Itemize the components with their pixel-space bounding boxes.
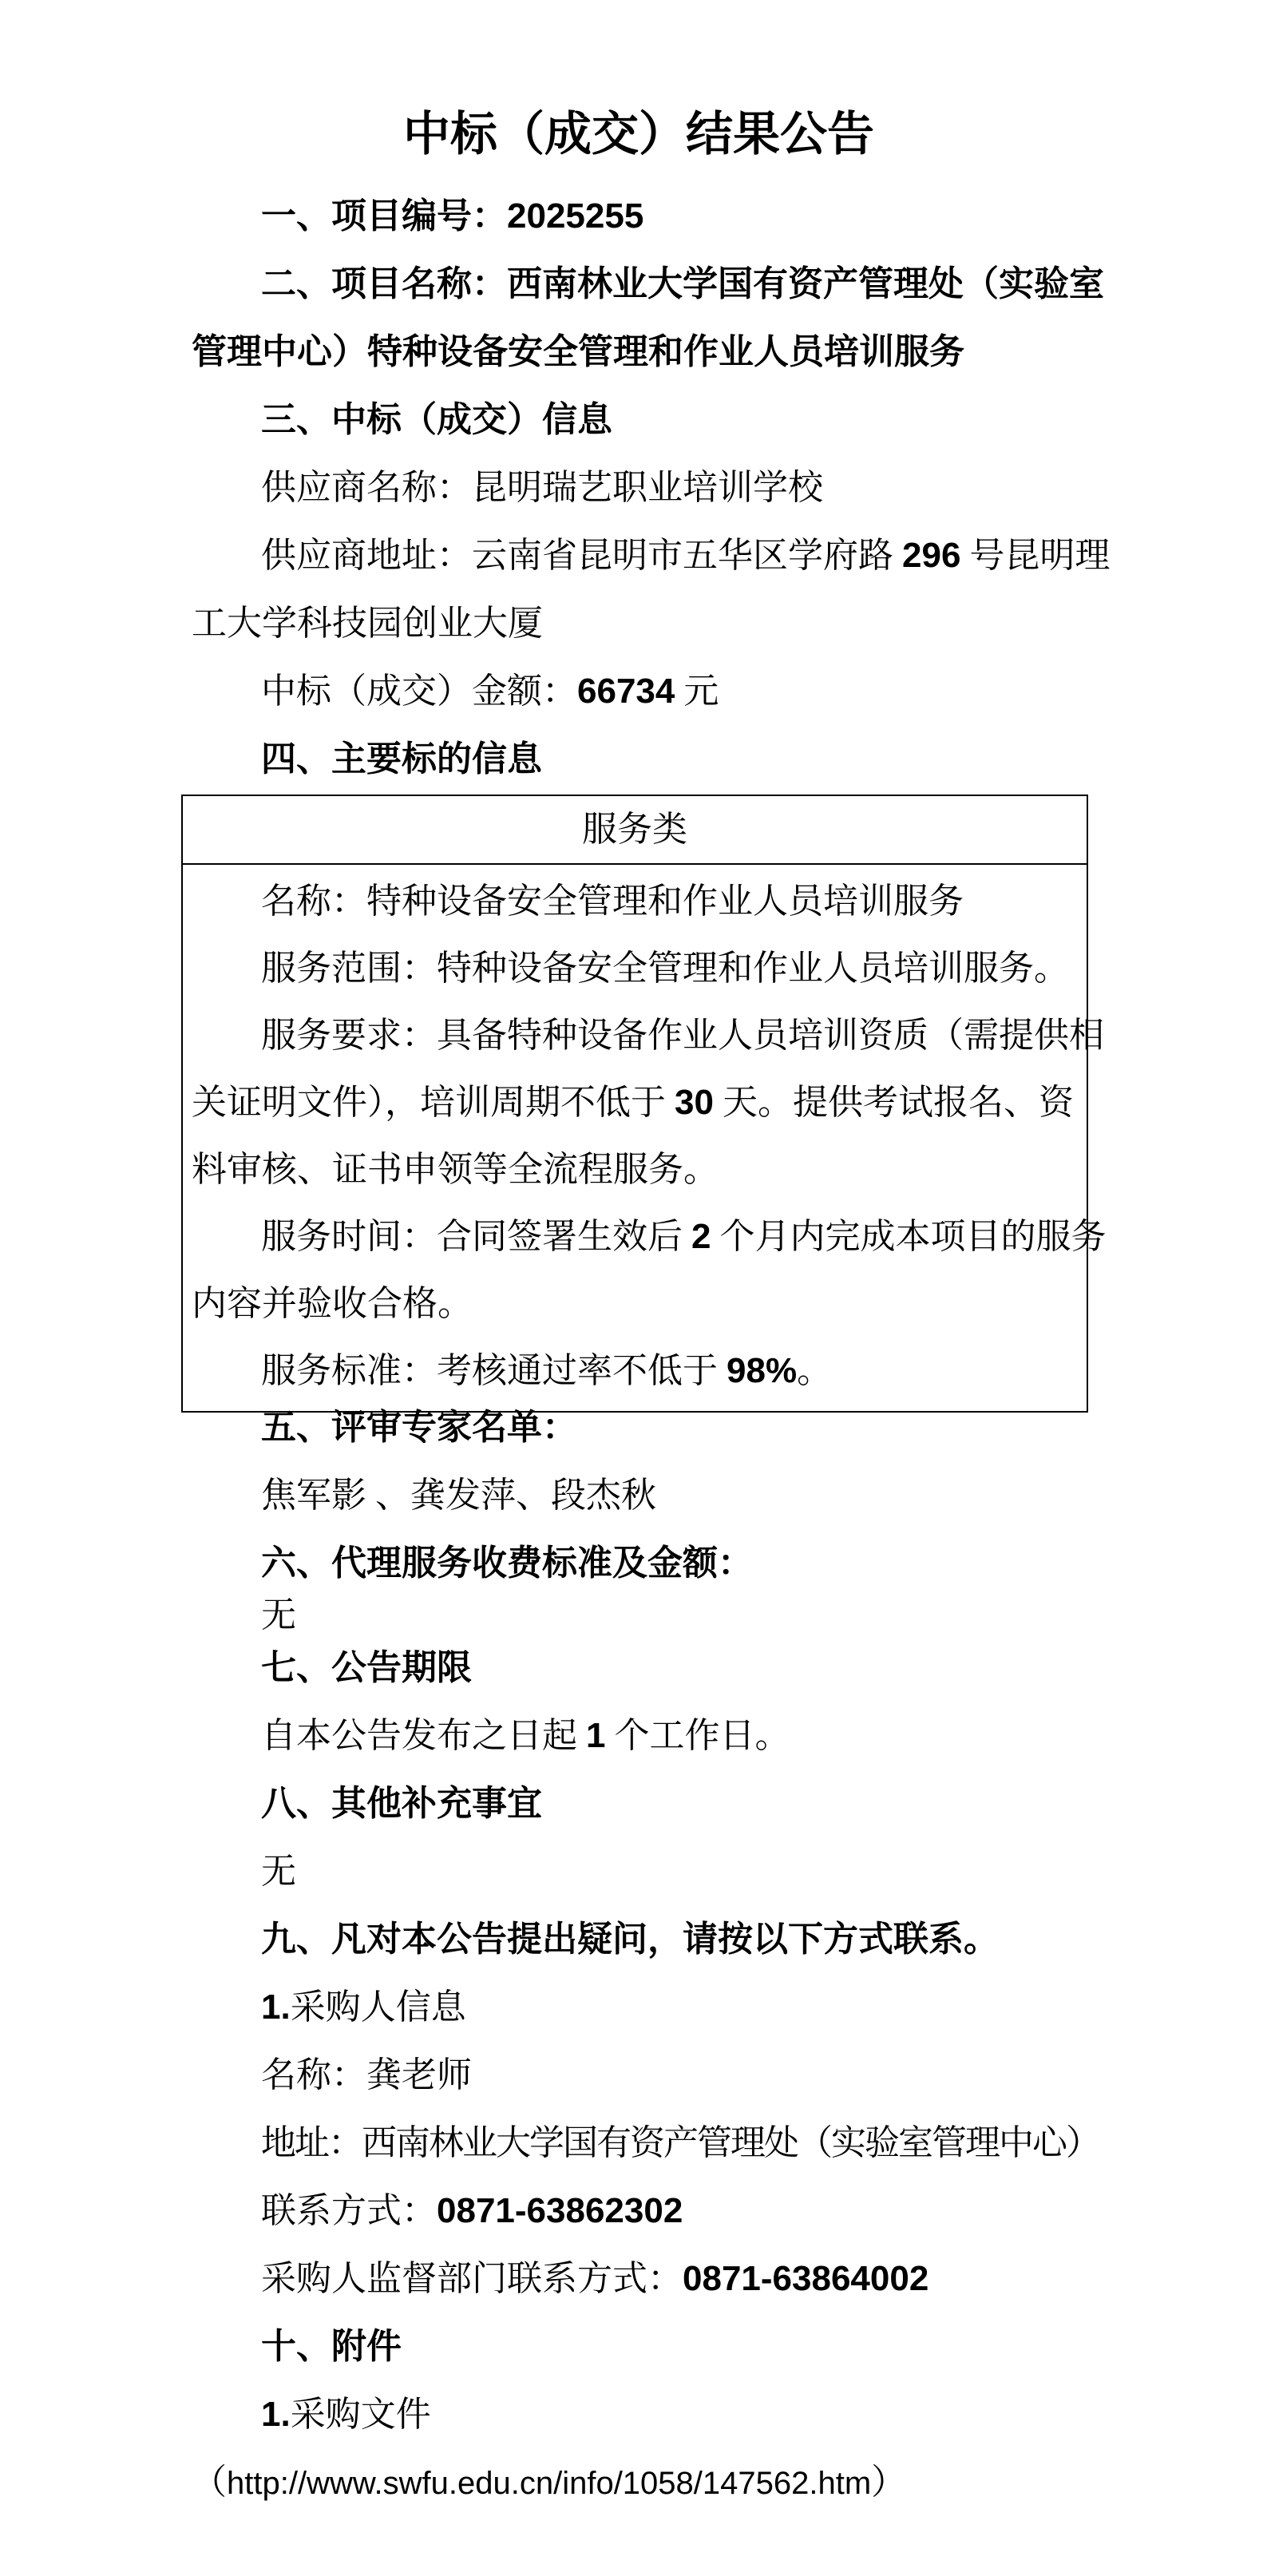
attachments-heading: 十、附件 — [192, 2312, 1086, 2380]
buyer-contact-phone: 0871-63862302 — [437, 2191, 683, 2230]
project-number-value: 2025255 — [507, 196, 643, 236]
supervisor-contact-label: 采购人监督部门联系方式： — [261, 2259, 683, 2298]
award-amount-label: 中标（成交）金额： — [261, 672, 577, 711]
lot-service-standard-period: 。 — [797, 1351, 832, 1390]
buyer-name: 名称：龚老师 — [192, 2041, 1086, 2109]
notice-period-value: 自本公告发布之日起 1 个工作日。 — [192, 1702, 1086, 1770]
other-matters-heading: 八、其他补充事宜 — [192, 1770, 1086, 1837]
agency-fee-value: 无 — [192, 1597, 1086, 1634]
attachment-number: 1. — [261, 2395, 291, 2434]
buyer-info-heading: 1.采购人信息 — [192, 1973, 1086, 2041]
lot-table-body-cell: 名称：特种设备安全管理和作业人员培训服务 服务范围：特种设备安全管理和作业人员培… — [183, 865, 1087, 1411]
notice-period-heading: 七、公告期限 — [192, 1634, 1086, 1702]
attachment-url[interactable]: http://www.swfu.edu.cn/info/1058/147562.… — [227, 2466, 871, 2501]
project-number-label: 一、项目编号： — [261, 196, 507, 236]
lot-requirements-text2: 天。提供考试报名、资 — [714, 1083, 1074, 1122]
lot-info-heading: 四、主要标的信息 — [192, 725, 1086, 793]
supplier-address-number: 296 — [902, 536, 960, 575]
lot-service-time-months: 2 — [691, 1217, 711, 1256]
lot-requirements-line3: 料审核、证书申领等全流程服务。 — [192, 1136, 1087, 1203]
supplier-address-line2: 工大学科技园创业大厦 — [192, 589, 1086, 657]
project-number-heading: 一、项目编号：2025255 — [192, 182, 1086, 250]
award-amount: 中标（成交）金额：66734 元 — [192, 657, 1086, 725]
lot-service-standard-text: 服务标准：考核通过率不低于 — [261, 1351, 727, 1390]
lot-service-time-line1: 服务时间：合同签署生效后 2 个月内完成本项目的服务 — [192, 1203, 1087, 1270]
project-name-heading-line1: 二、项目名称：西南林业大学国有资产管理处（实验室 — [192, 250, 1086, 318]
buyer-contact: 联系方式：0871-63862302 — [192, 2177, 1086, 2245]
experts-section: 五、评审专家名单： 焦军影 、龚发萍、段杰秋 — [192, 1393, 1086, 1529]
page-title: 中标（成交）结果公告 — [192, 104, 1086, 164]
supplier-address-text: 供应商地址：云南省昆明市五华区学府路 — [261, 536, 902, 575]
lot-name: 名称：特种设备安全管理和作业人员培训服务 — [192, 868, 1087, 935]
other-matters-value: 无 — [192, 1837, 1086, 1905]
buyer-info-number: 1. — [261, 1987, 291, 2027]
project-name-heading-line2: 管理中心）特种设备安全管理和作业人员培训服务 — [192, 318, 1086, 386]
notice-period-text2: 个工作日。 — [605, 1716, 790, 1755]
lot-requirements-days: 30 — [675, 1083, 714, 1122]
supplier-name: 供应商名称：昆明瑞艺职业培训学校 — [192, 454, 1086, 521]
buyer-contact-label: 联系方式： — [261, 2191, 437, 2230]
lot-service-time-line2: 内容并验收合格。 — [192, 1270, 1087, 1338]
attachment-label: 采购文件 — [291, 2395, 431, 2434]
award-amount-unit: 元 — [675, 672, 719, 711]
supplier-address-text2: 号昆明理 — [960, 536, 1110, 575]
buyer-info-label: 采购人信息 — [291, 1987, 466, 2027]
lot-requirements-line1: 服务要求：具备特种设备作业人员培训资质（需提供相 — [192, 1002, 1087, 1069]
lot-requirements-line2: 关证明文件），培训周期不低于 30 天。提供考试报名、资 — [192, 1069, 1087, 1136]
supplier-address-line1: 供应商地址：云南省昆明市五华区学府路 296 号昆明理 — [192, 521, 1086, 589]
experts-list: 焦军影 、龚发萍、段杰秋 — [192, 1461, 1086, 1529]
award-amount-value: 66734 — [577, 672, 675, 711]
lot-service-standard-rate: 98% — [727, 1351, 797, 1390]
contact-section-heading: 九、凡对本公告提出疑问，请按以下方式联系。 — [192, 1905, 1086, 1973]
document-content: 中标（成交）结果公告 一、项目编号：2025255 二、项目名称：西南林业大学国… — [192, 0, 1086, 2518]
lot-service-time-text2: 个月内完成本项目的服务 — [711, 1217, 1106, 1256]
lot-service-time-text: 服务时间：合同签署生效后 — [261, 1217, 691, 1256]
open-paren: （ — [192, 2463, 227, 2502]
agency-fee-heading: 六、代理服务收费标准及金额： — [192, 1529, 1086, 1597]
close-paren: ） — [871, 2463, 906, 2502]
supervisor-contact-phone: 0871-63864002 — [683, 2259, 928, 2298]
document-page: 中标（成交）结果公告 一、项目编号：2025255 二、项目名称：西南林业大学国… — [0, 0, 1267, 2576]
lot-table: 服务类 名称：特种设备安全管理和作业人员培训服务 服务范围：特种设备安全管理和作… — [181, 795, 1088, 1413]
notice-period-days: 1 — [586, 1716, 605, 1755]
buyer-address: 地址：西南林业大学国有资产管理处（实验室管理中心） — [192, 2109, 1086, 2177]
lot-scope: 服务范围：特种设备安全管理和作业人员培训服务。 — [192, 935, 1087, 1002]
notice-period-text: 自本公告发布之日起 — [261, 1716, 586, 1755]
supervisor-contact: 采购人监督部门联系方式：0871-63864002 — [192, 2245, 1086, 2312]
lot-table-header-cell: 服务类 — [183, 796, 1087, 865]
attachment-item: 1.采购文件 — [192, 2380, 1086, 2448]
award-info-heading: 三、中标（成交）信息 — [192, 386, 1086, 454]
attachment-url-line: （http://www.swfu.edu.cn/info/1058/147562… — [192, 2448, 1086, 2518]
lot-requirements-text: 关证明文件），培训周期不低于 — [192, 1083, 675, 1122]
